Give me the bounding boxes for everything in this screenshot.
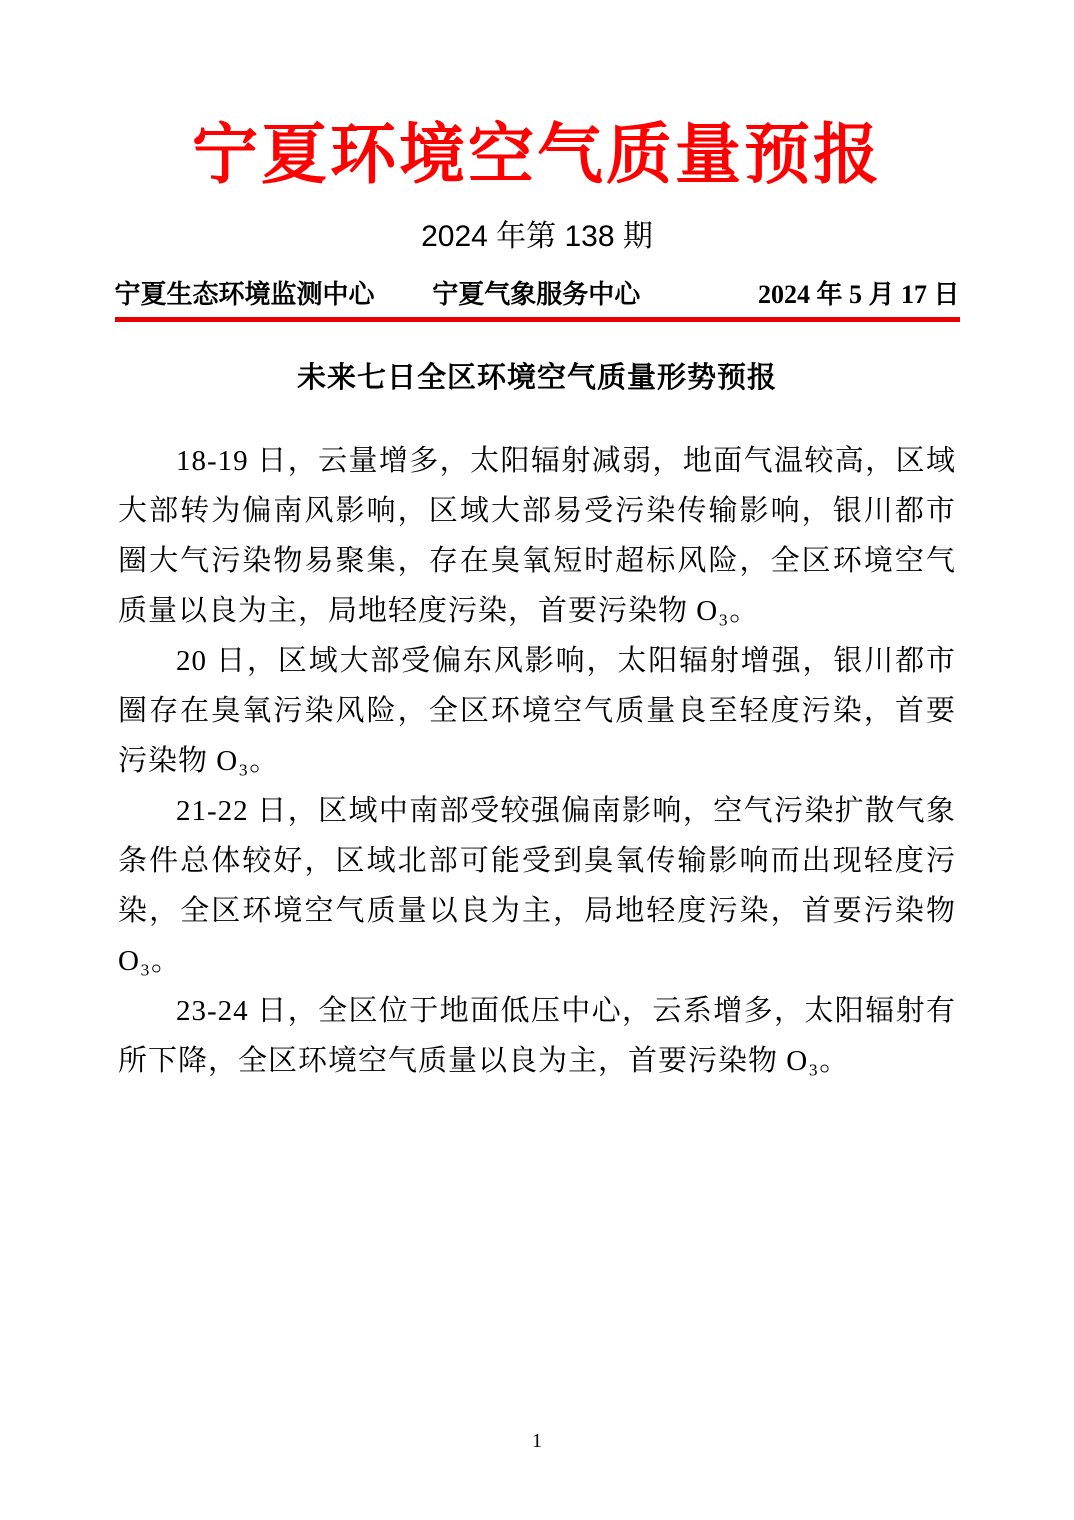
header-divider-rule (115, 317, 960, 322)
forecast-body: 18-19 日，云量增多，太阳辐射减弱，地面气温较高，区域大部转为偏南风影响，区… (118, 436, 956, 1086)
issuer-org-monitoring-center: 宁夏生态环境监测中心 (115, 281, 375, 310)
issue-number: 2024 年第 138 期 (0, 211, 1074, 255)
page-number: 1 (0, 1430, 1074, 1453)
document-page: 宁夏环境空气质量预报 2024 年第 138 期 宁夏生态环境监测中心 宁夏气象… (0, 0, 1074, 1520)
forecast-paragraph-21-22: 21-22 日，区域中南部受较强偏南影响，空气污染扩散气象条件总体较好，区域北部… (118, 786, 956, 986)
issuer-header: 宁夏生态环境监测中心 宁夏气象服务中心 2024 年 5 月 17 日 (115, 281, 960, 310)
forecast-section-title: 未来七日全区环境空气质量形势预报 (0, 355, 1074, 396)
forecast-paragraph-20: 20 日，区域大部受偏东风影响，太阳辐射增强，银川都市圈存在臭氧污染风险，全区环… (118, 636, 956, 786)
forecast-paragraph-23-24: 23-24 日，全区位于地面低压中心，云系增多，太阳辐射有所下降，全区环境空气质… (118, 986, 956, 1086)
issuer-org-meteorological-center: 宁夏气象服务中心 (432, 281, 640, 310)
document-title: 宁夏环境空气质量预报 (0, 120, 1074, 193)
issue-date: 2024 年 5 月 17 日 (758, 281, 960, 310)
forecast-paragraph-18-19: 18-19 日，云量增多，太阳辐射减弱，地面气温较高，区域大部转为偏南风影响，区… (118, 436, 956, 636)
